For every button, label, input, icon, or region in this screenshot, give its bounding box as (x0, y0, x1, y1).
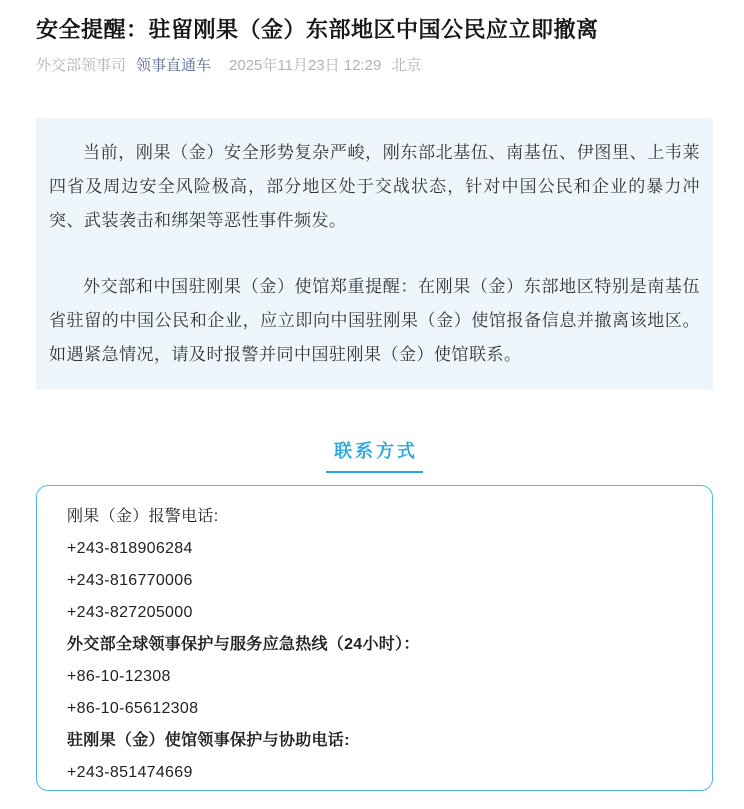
account-link[interactable]: 领事直通车 (136, 57, 211, 74)
contact-section-heading: 联系方式 (326, 440, 423, 473)
contact-row: 外交部全球领事保护与服务应急热线（24小时）： (67, 629, 682, 661)
article-page: 安全提醒：驻留刚果（金）东部地区中国公民应立即撤离 外交部领事司 领事直通车 2… (0, 0, 744, 809)
notice-box: 当前，刚果（金）安全形势复杂严峻，刚东部北基伍、南基伍、伊图里、上韦莱四省及周边… (36, 118, 713, 390)
contact-row: +243-818906284 (67, 533, 682, 565)
publish-datetime: 2025年11月23日 12:29 (229, 57, 381, 74)
contact-row: 刚果（金）报警电话: (67, 501, 682, 533)
publish-location: 北京 (391, 57, 421, 74)
byline: 外交部领事司 领事直通车 2025年11月23日 12:29 北京 (36, 57, 713, 74)
contact-row: 驻刚果（金）使馆领事保护与协助电话: (67, 725, 682, 757)
contact-row: +86-10-65612308 (67, 693, 682, 725)
page-title: 安全提醒：驻留刚果（金）东部地区中国公民应立即撤离 (36, 14, 713, 45)
contact-section-heading-wrap: 联系方式 (36, 440, 713, 473)
contact-row: +86-10-12308 (67, 661, 682, 693)
contact-row: +243-827205000 (67, 597, 682, 629)
author-name: 外交部领事司 (36, 57, 126, 74)
contact-row: +243-816770006 (67, 565, 682, 597)
notice-paragraph: 当前，刚果（金）安全形势复杂严峻，刚东部北基伍、南基伍、伊图里、上韦莱四省及周边… (49, 136, 700, 238)
notice-paragraph: 外交部和中国驻刚果（金）使馆郑重提醒：在刚果（金）东部地区特别是南基伍省驻留的中… (49, 270, 700, 372)
contact-box: 刚果（金）报警电话: +243-818906284 +243-816770006… (36, 485, 713, 791)
contact-row: +243-851474669 (67, 757, 682, 789)
